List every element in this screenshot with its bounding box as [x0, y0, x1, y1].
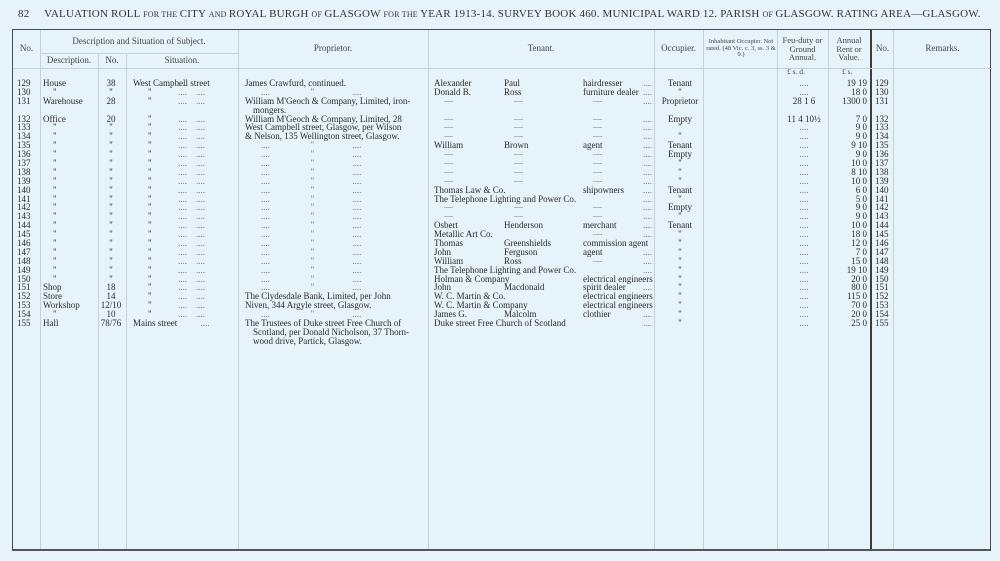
description-cell: Workshop	[43, 301, 80, 310]
title-part: YEAR 1913-14. SURVEY BOOK 460. MUNICIPAL…	[420, 8, 762, 20]
feu-units: £ s. d.	[787, 67, 805, 76]
entry-number: 155	[17, 319, 31, 328]
header-inhabitant-occupier: Inhabitant Occupier. Not rated. (48 Vic.…	[705, 30, 777, 68]
header-description: Description.	[40, 53, 98, 68]
rent-units: £ s.	[842, 67, 852, 76]
table-row: 150""".... ........ " ....Holman & Compa…	[13, 275, 992, 284]
title-part: and	[209, 10, 229, 19]
table-row: 145""".... ........ " ....Metallic Art C…	[13, 230, 992, 239]
page-number: 82	[18, 8, 29, 20]
title-part: of	[762, 10, 775, 19]
proprietor-continuation-row: mongers.	[13, 106, 992, 115]
entry-number-right: 155	[875, 319, 889, 328]
feu-duty-cell: ....	[779, 319, 829, 328]
tenant-occupation: —	[593, 97, 602, 106]
entry-number: 131	[17, 97, 31, 106]
table-row: 142""".... ........ " ....———....Empty..…	[13, 203, 992, 212]
table-row: 147""".... ........ " ....JohnFergusonag…	[13, 248, 992, 257]
proprietor-continuation: wood drive, Partick, Glasgow.	[253, 337, 443, 346]
table-row: 143""".... ........ " ....———...."....9 …	[13, 212, 992, 221]
tenant-first-name: The Telephone Lighting and Power Co.	[434, 195, 576, 204]
roll-title: VALUATION ROLL for the CITY and ROYAL BU…	[44, 8, 981, 20]
tenant-first-name: —	[444, 97, 453, 106]
title-part: CITY	[180, 8, 209, 20]
valuation-table: No. Description and Situation of Subject…	[12, 29, 991, 551]
page-title: 82 VALUATION ROLL for the CITY and ROYAL…	[18, 8, 988, 20]
title-part: GLASGOW. RATING AREA—GLASGOW.	[775, 8, 980, 20]
tenant-surname: Macdonald	[504, 283, 545, 292]
table-row: 153Workshop12/10".... ....Niven, 344 Arg…	[13, 301, 992, 310]
table-row: 132Office20".... ....William M'Geoch & C…	[13, 115, 992, 124]
header-no: No.	[13, 30, 40, 68]
annual-rent-cell: 25 0	[831, 319, 867, 328]
feu-duty-cell: 28 1 6	[779, 97, 829, 106]
tenant-occupation: —	[593, 257, 602, 266]
header-no-right: No.	[872, 30, 893, 68]
situation-leader-dots: .... ....	[178, 97, 238, 106]
occupier-cell: Proprietor	[655, 97, 705, 106]
situation-leader-dots: ....	[178, 319, 238, 328]
tenant-first-name: Duke street Free Church of Scotland	[434, 319, 566, 328]
header-feu-duty: Feu-duty or Ground Annual.	[777, 30, 828, 68]
tenant-surname: Henderson	[504, 221, 543, 230]
street-number-cell: 78/76	[97, 319, 125, 328]
tenant-occupation: shipowners	[583, 186, 624, 195]
tenant-surname: —	[514, 177, 523, 186]
header-occupier: Occupier.	[654, 30, 703, 68]
header-situation: Situation.	[126, 53, 238, 68]
street-number-cell: 28	[97, 97, 125, 106]
header-annual-rent: Annual Rent or Value.	[828, 30, 870, 68]
table-row: 136""".... ........ " ....———....Empty..…	[13, 150, 992, 159]
title-part: ROYAL BURGH	[229, 8, 312, 20]
table-row: 155Hall78/76Mains street ....The Trustee…	[13, 319, 992, 328]
tenant-leader-dots: ....	[643, 319, 652, 328]
tenant-occupation: furniture dealer	[583, 88, 639, 97]
description-cell: Hall	[43, 319, 59, 328]
proprietor-continuation-row: wood drive, Partick, Glasgow.	[13, 337, 992, 346]
table-row: 146""".... ........ " ....ThomasGreenshi…	[13, 239, 992, 248]
table-row: 141""".... ........ " ....The Telephone …	[13, 195, 992, 204]
header-tenant: Tenant.	[428, 30, 654, 68]
table-row: 129House38West Campbell street....James …	[13, 79, 992, 88]
header-remarks: Remarks.	[893, 30, 992, 68]
title-part: GLASGOW	[324, 8, 383, 20]
annual-rent-cell: 1300 0	[831, 97, 867, 106]
proprietor-continuation-row: Scotland, per Donald Nicholson, 37 Thorn…	[13, 328, 992, 337]
tenant-surname: —	[514, 97, 523, 106]
table-row: 131Warehouse28".... ....William M'Geoch …	[13, 97, 992, 106]
header-proprietor: Proprietor.	[238, 30, 428, 68]
header-number: No.	[98, 53, 126, 68]
table-row: 134""".... ....& Nelson, 135 Wellington …	[13, 132, 992, 141]
title-part: for the	[143, 10, 180, 19]
table-row: 138""".... ........ " ....———...."....8 …	[13, 168, 992, 177]
table-row: 144""".... ........ " ....OsbertHenderso…	[13, 221, 992, 230]
header-description-group: Description and Situation of Subject.	[40, 30, 238, 53]
table-row: 135""".... ........ " ....WilliamBrownag…	[13, 141, 992, 150]
table-row: 137""".... ........ " ....———...."....10…	[13, 159, 992, 168]
tenant-leader-dots: ....	[643, 97, 652, 106]
description-cell: Warehouse	[43, 97, 83, 106]
tenant-occupation: clothier	[583, 310, 611, 319]
title-part: VALUATION ROLL	[44, 8, 143, 20]
title-part: of	[312, 10, 325, 19]
occupier-cell: "	[655, 319, 705, 328]
table-body: 129House38West Campbell street....James …	[13, 79, 992, 346]
table-row: 133""".... ....West Campbell street, Gla…	[13, 123, 992, 132]
entry-number-right: 131	[875, 97, 889, 106]
title-part: for the	[384, 10, 421, 19]
